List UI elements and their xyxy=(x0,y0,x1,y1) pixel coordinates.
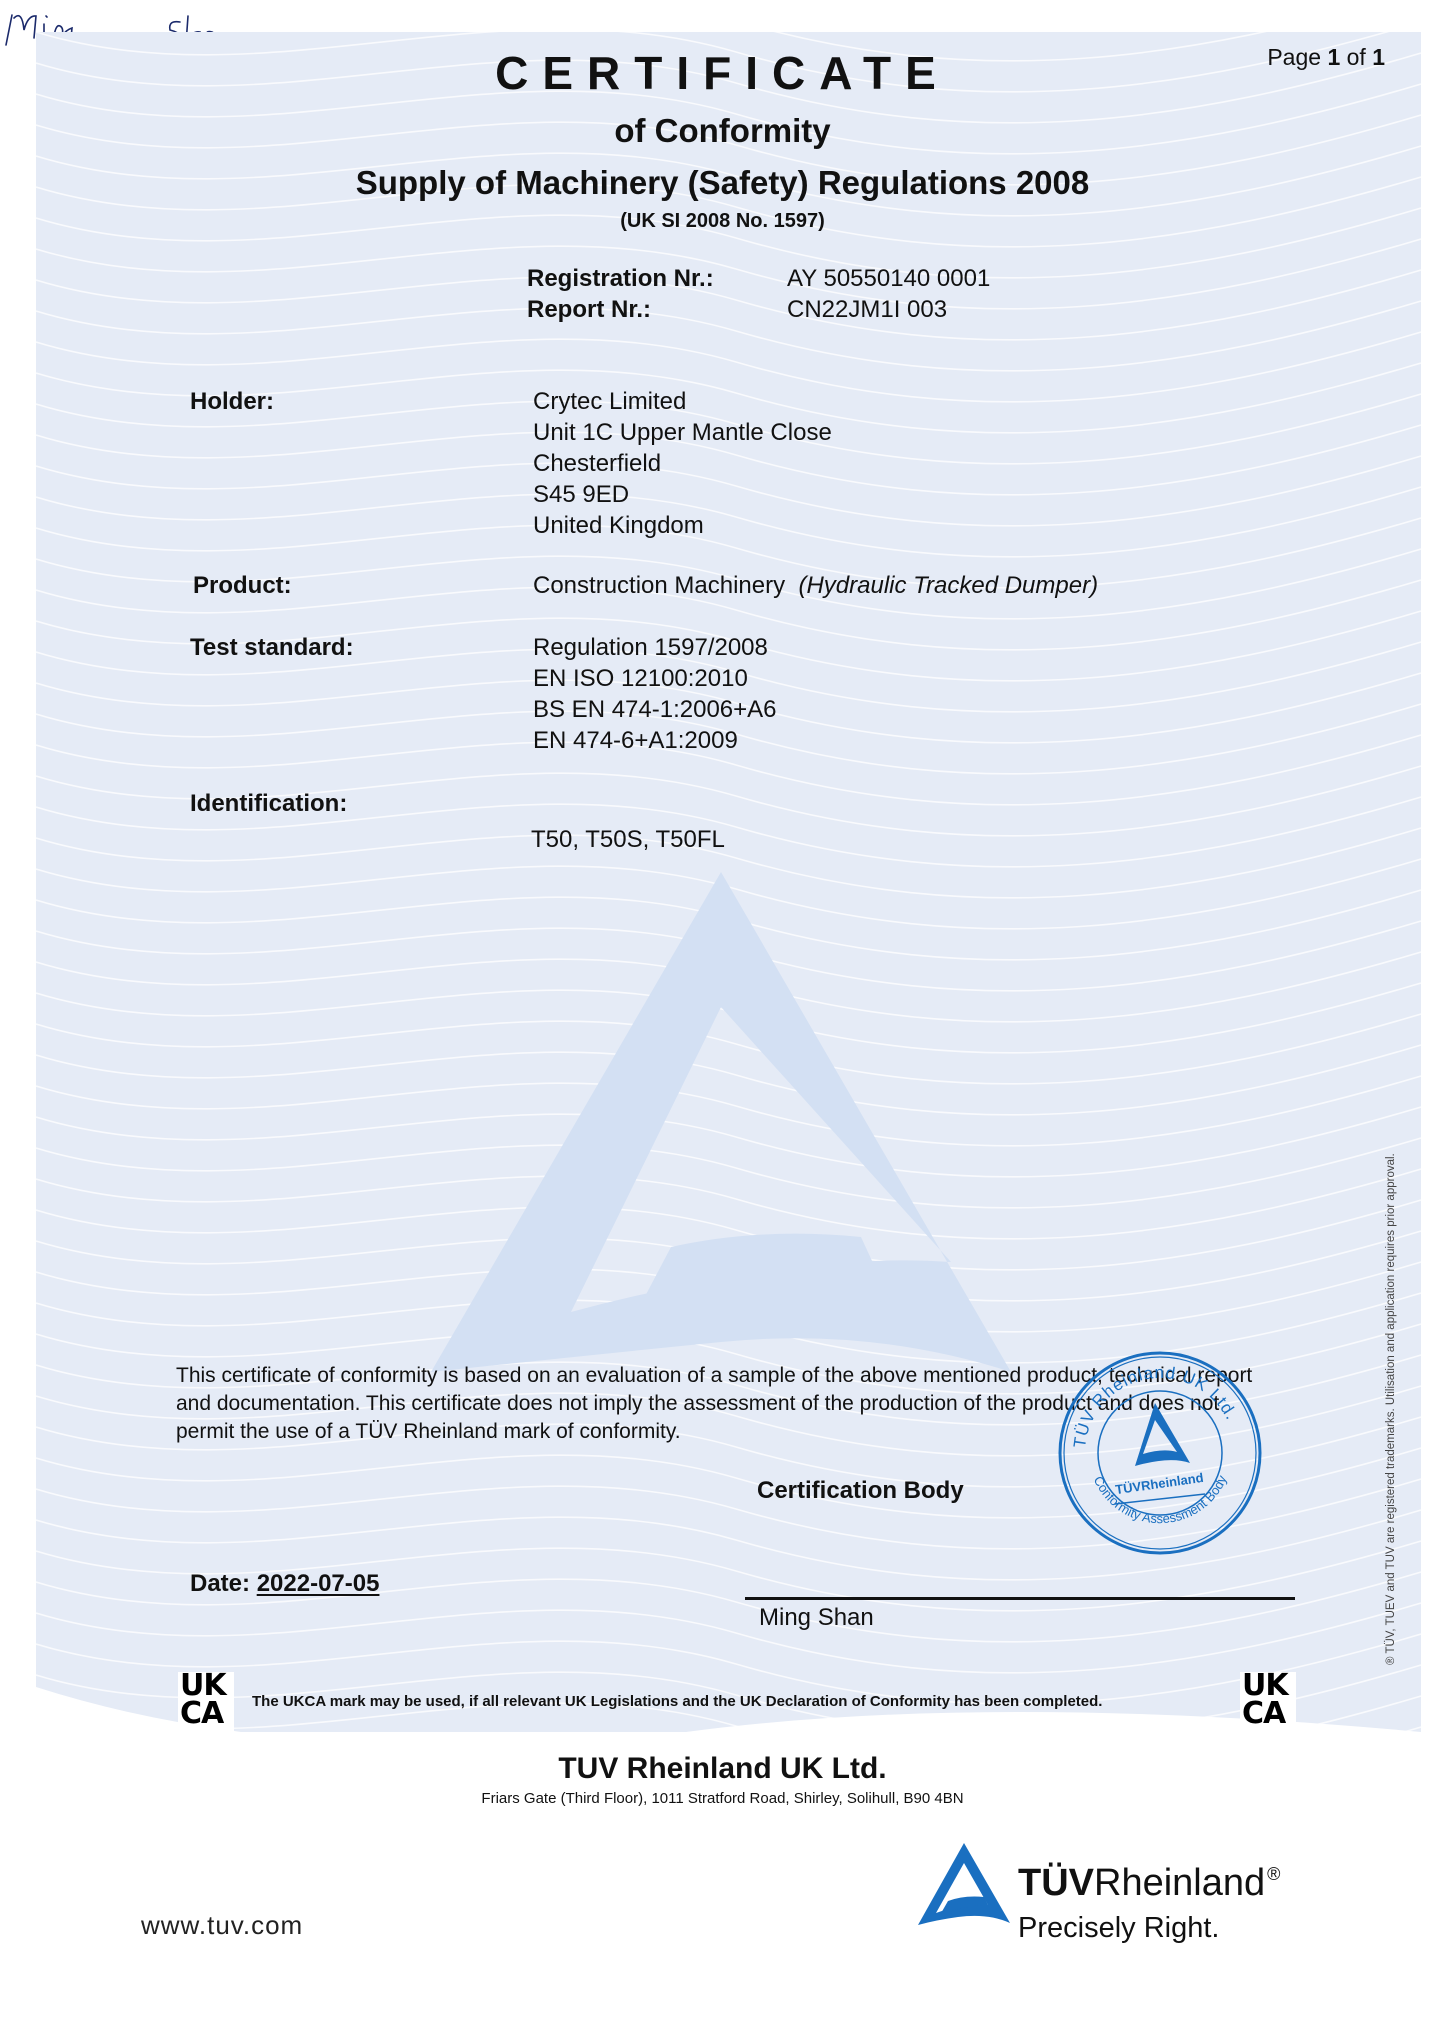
brand-name: TÜVRheinland® xyxy=(1018,1862,1280,1905)
date-label: Date: xyxy=(190,1570,250,1597)
stamp-brand: TÜVRheinland xyxy=(1114,1470,1204,1497)
tuv-triangle-watermark xyxy=(421,872,1021,1392)
test-standard-item: EN 474-6+A1:2009 xyxy=(533,725,777,756)
holder-line: Crytec Limited xyxy=(533,386,832,417)
conformity-stamp: TÜV Rheinland UK Ltd. Conformity Assessm… xyxy=(1055,1348,1265,1558)
ukca-mark-left: UK CA xyxy=(178,1672,234,1732)
ukca-note: The UKCA mark may be used, if all releva… xyxy=(252,1693,1102,1710)
issuer-address: Friars Gate (Third Floor), 1011 Stratfor… xyxy=(0,1790,1445,1807)
ukca-line2: CA xyxy=(178,1700,234,1728)
identification-label: Identification: xyxy=(190,790,347,818)
brand-bold: TÜV xyxy=(1018,1862,1094,1904)
registered-mark: ® xyxy=(1267,1864,1280,1884)
test-standard-list: Regulation 1597/2008 EN ISO 12100:2010 B… xyxy=(533,632,777,756)
test-standard-label: Test standard: xyxy=(190,634,354,662)
report-label: Report Nr.: xyxy=(527,296,651,324)
product-detail: (Hydraulic Tracked Dumper) xyxy=(798,572,1098,599)
tuv-logo-icon xyxy=(918,1843,1010,1927)
si-reference: (UK SI 2008 No. 1597) xyxy=(0,210,1445,233)
product-value: Construction Machinery (Hydraulic Tracke… xyxy=(533,570,1098,601)
ukca-line2: CA xyxy=(1240,1700,1296,1728)
holder-label: Holder: xyxy=(190,388,274,416)
ukca-mark-right: UK CA xyxy=(1240,1672,1296,1732)
date-value: 2022-07-05 xyxy=(257,1570,380,1597)
registration-value: AY 50550140 0001 xyxy=(787,265,990,293)
trademark-side-note: ® TÜV, TUEV and TUV are registered trade… xyxy=(1385,1153,1397,1665)
identification-value: T50, T50S, T50FL xyxy=(531,824,725,855)
test-standard-item: EN ISO 12100:2010 xyxy=(533,663,777,694)
certificate-subtitle: of Conformity xyxy=(0,112,1445,150)
holder-line: Chesterfield xyxy=(533,448,832,479)
holder-line: Unit 1C Upper Mantle Close xyxy=(533,417,832,448)
holder-line: S45 9ED xyxy=(533,479,832,510)
regulation-title: Supply of Machinery (Safety) Regulations… xyxy=(0,164,1445,202)
product-name: Construction Machinery xyxy=(533,572,785,599)
brand-tagline: Precisely Right. xyxy=(1018,1912,1219,1945)
holder-line: United Kingdom xyxy=(533,510,832,541)
website-link[interactable]: www.tuv.com xyxy=(141,1910,303,1941)
test-standard-item: BS EN 474-1:2006+A6 xyxy=(533,694,777,725)
signature-line xyxy=(745,1597,1295,1600)
report-value: CN22JM1I 003 xyxy=(787,296,947,324)
test-standard-item: Regulation 1597/2008 xyxy=(533,632,777,663)
registration-label: Registration Nr.: xyxy=(527,265,714,293)
issuer-name: TUV Rheinland UK Ltd. xyxy=(0,1752,1445,1786)
issue-date: Date: 2022-07-05 xyxy=(190,1570,379,1598)
holder-address: Crytec Limited Unit 1C Upper Mantle Clos… xyxy=(533,386,832,541)
product-label: Product: xyxy=(193,572,292,600)
certificate-title: CERTIFICATE xyxy=(0,46,1445,100)
signer-name: Ming Shan xyxy=(759,1604,874,1632)
brand-regular: Rheinland xyxy=(1094,1862,1265,1904)
certification-body-label: Certification Body xyxy=(757,1477,964,1505)
